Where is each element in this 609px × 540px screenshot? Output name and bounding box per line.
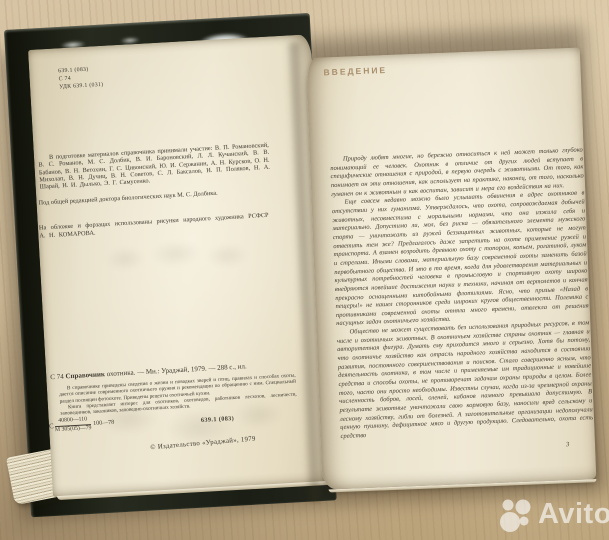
book-photo: 639.1 (083) С 74 УДК 639.1 (031) В подго… xyxy=(0,0,609,540)
intro-paragraph: Еще совсем недавно можно было услышать о… xyxy=(331,190,589,329)
formula-letter: С xyxy=(49,422,54,430)
catalog-title: Справочник xyxy=(65,370,105,380)
catalog-prefix: С 74 xyxy=(50,373,64,382)
formula-suffix: 100—78 xyxy=(93,420,114,427)
formula-fraction: 40800—110 М 305(05)—79 xyxy=(54,416,91,434)
chapter-heading: ВВЕДЕНИЕ xyxy=(323,65,387,77)
page-number: 3 xyxy=(566,441,570,448)
show-through-smudge xyxy=(99,227,271,284)
avito-logo-icon xyxy=(490,494,536,536)
classification-codes: 639.1 (083) С 74 УДК 639.1 (031) xyxy=(58,65,104,91)
watermark-brand-text: Avito xyxy=(538,500,609,529)
editor-line: Под общей редакцией доктора биологически… xyxy=(38,187,263,207)
contributors-paragraph: В подготовке материалов справочника прин… xyxy=(38,142,271,191)
right-page: ВВЕДЕНИЕ Природу любят многие, но бережн… xyxy=(306,47,596,489)
code-line: УДК 639.1 (031) xyxy=(59,81,104,91)
formula-denominator: М 305(05)—79 xyxy=(55,425,92,435)
watermark: Avito xyxy=(490,494,609,536)
intro-paragraph: Общество не может существовать без испол… xyxy=(336,319,593,441)
introduction-text: Природу любят многие, но бережно относит… xyxy=(330,146,594,441)
